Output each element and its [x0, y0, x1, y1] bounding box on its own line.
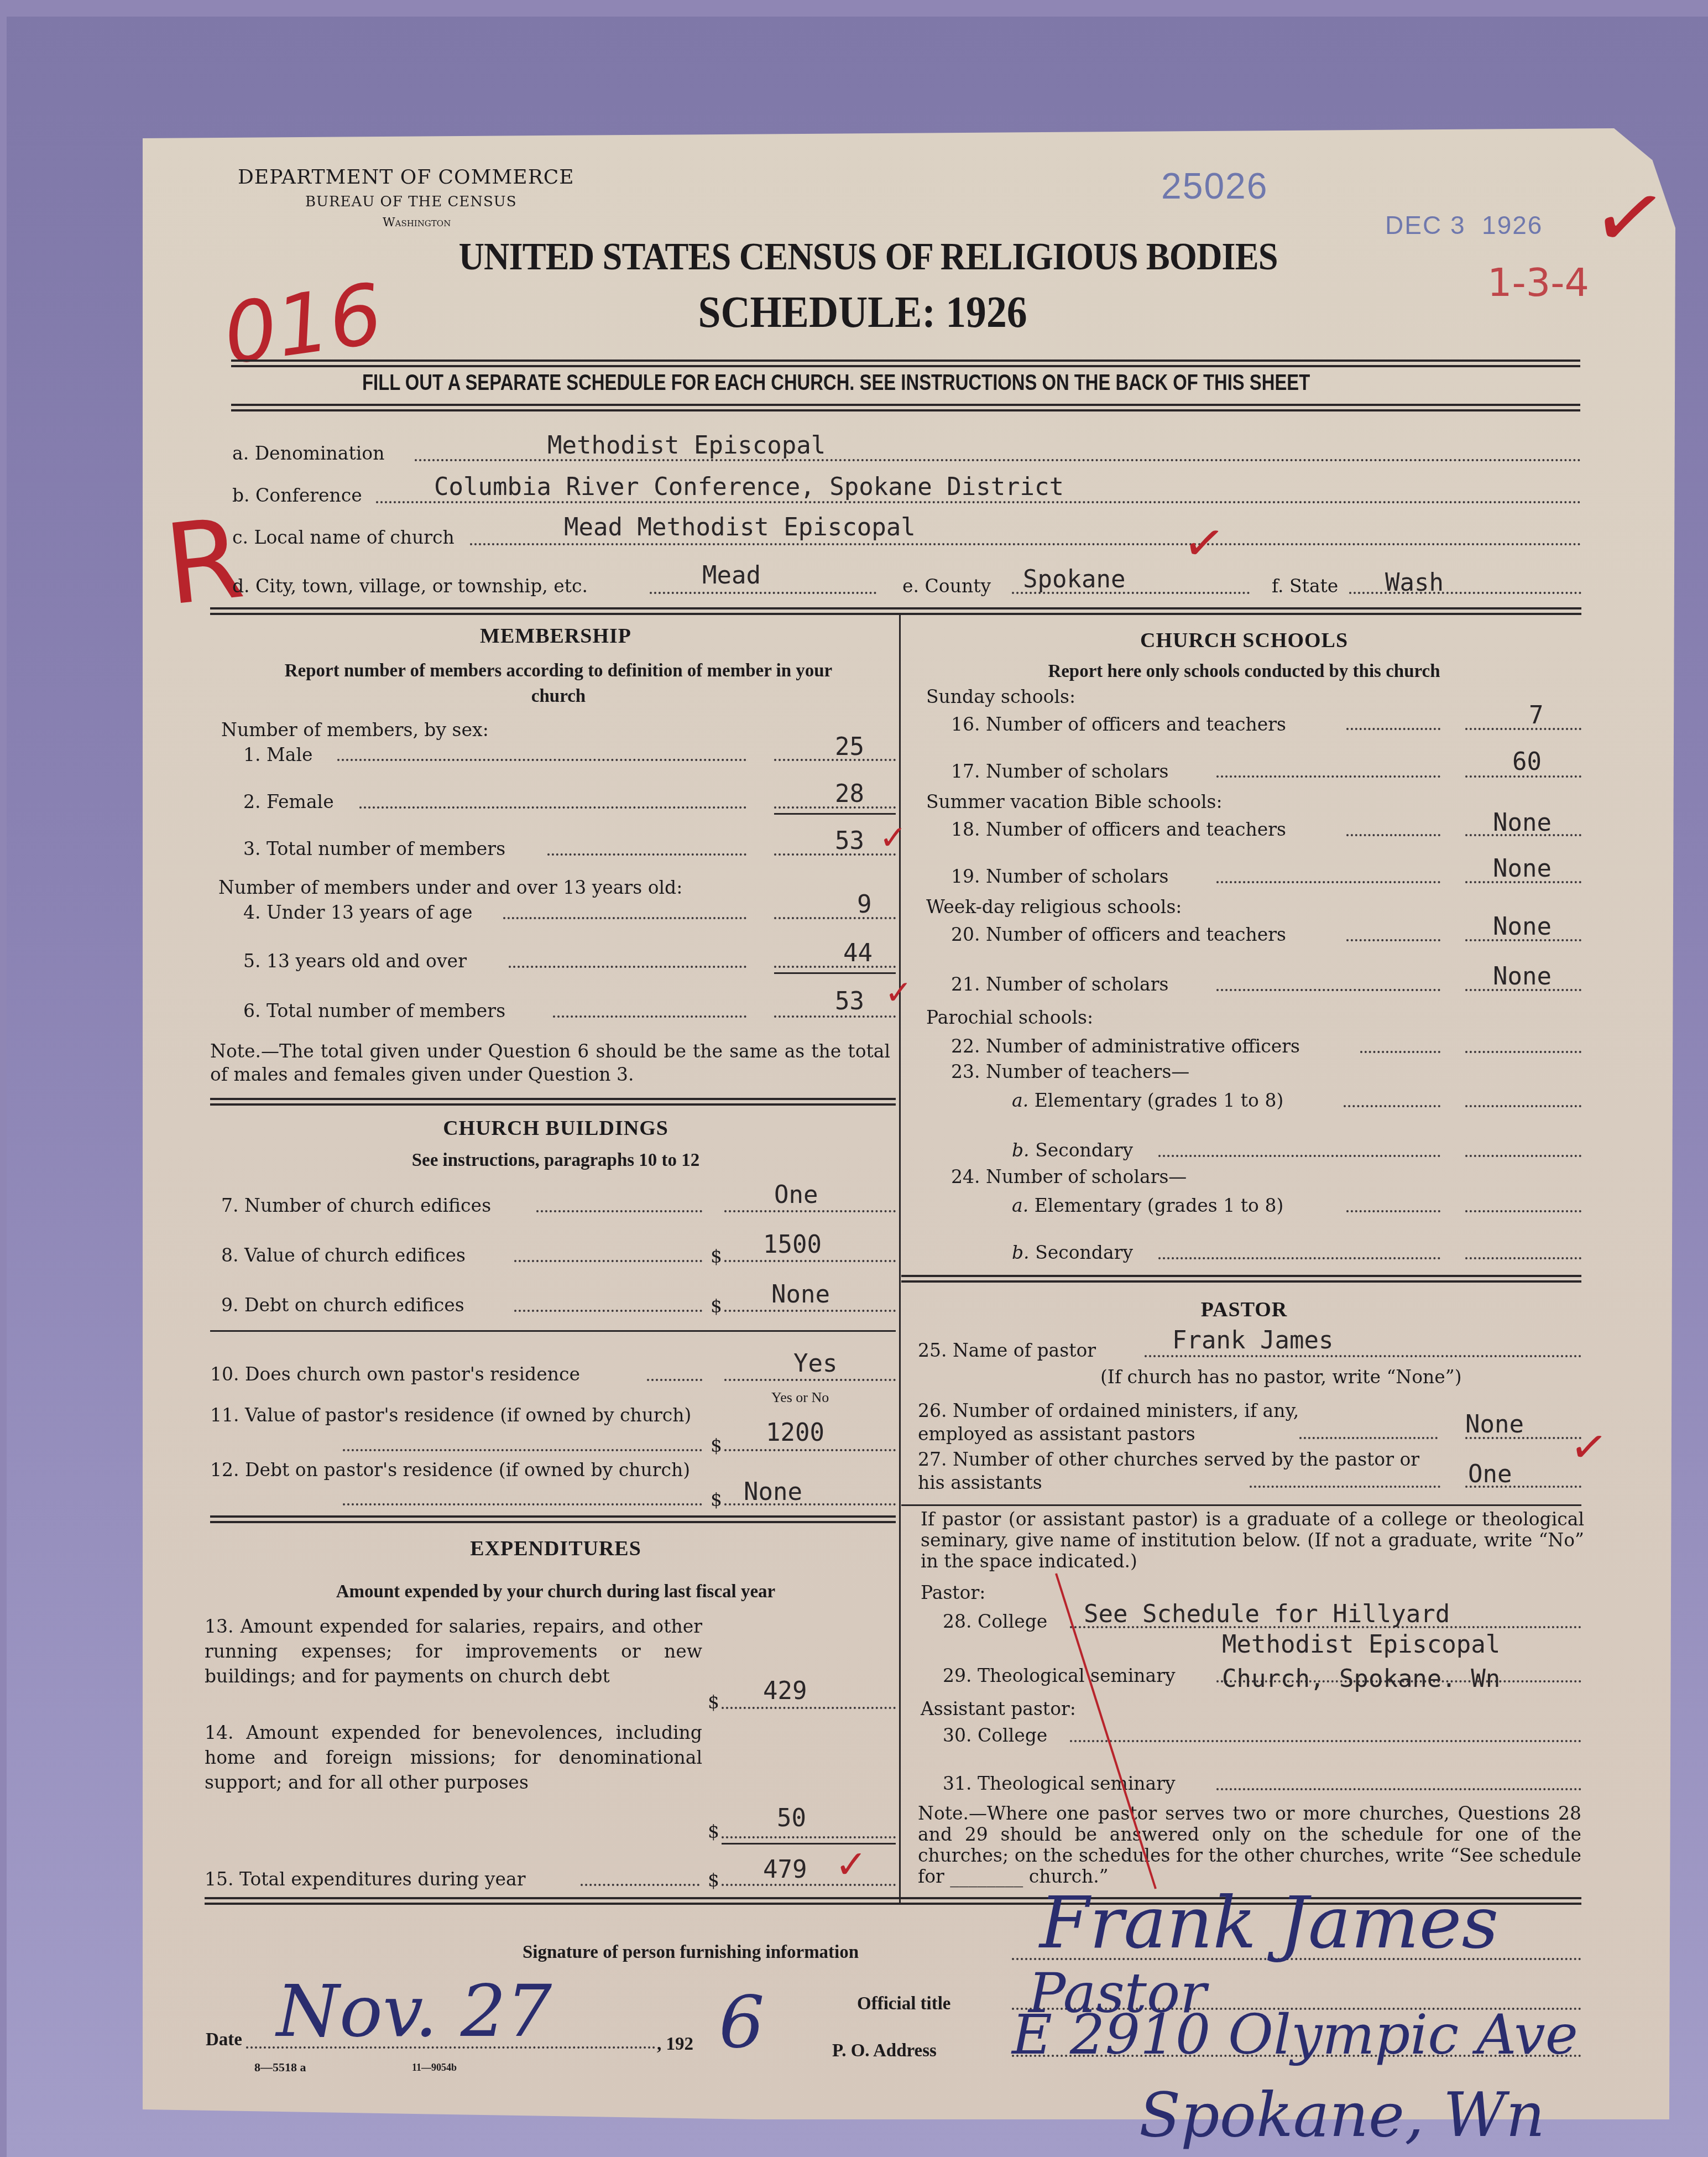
pastor-note: Note.—Where one pastor serves two or mor… [918, 1803, 1581, 1887]
item-number: 8. [221, 1244, 239, 1266]
local-name-line [470, 543, 1581, 545]
item-number: 19. [951, 866, 980, 887]
location-name: Washington [383, 216, 451, 230]
item-label: Does church own pastor's residence [245, 1363, 580, 1385]
benevolences-field[interactable]: 50 [777, 1804, 806, 1832]
sunday-schools-label: Sunday schools: [926, 686, 1075, 707]
leader-line [1344, 1105, 1440, 1107]
serial-number-stamp: 25026 [1161, 165, 1268, 207]
leader-line [359, 806, 746, 809]
item-label: Number of scholars [986, 760, 1168, 782]
leader-line [1299, 1437, 1438, 1439]
sum-rule [722, 1843, 896, 1845]
checkmark-icon: ✓ [879, 819, 907, 857]
weekday-schools-label: Week-day religious schools: [926, 896, 1182, 918]
address-field-line2[interactable]: Spokane, Wn [1139, 2080, 1545, 2150]
item-number: 4. [243, 902, 261, 923]
item-letter: a. [1012, 1090, 1028, 1111]
year-prefix: , 192 [657, 2034, 693, 2055]
expenditures-subheading: Amount expended by your church during la… [216, 1582, 896, 1602]
leader-line [1158, 1257, 1440, 1259]
item-number: 29. [943, 1665, 971, 1686]
item-number: 14. [205, 1722, 233, 1743]
schools-item-21: 21. Number of scholars [951, 973, 1168, 995]
checkmark-icon: ✓ [1567, 1419, 1611, 1475]
dollar-sign: $ [708, 1691, 719, 1713]
expenditures-item-13: 13. Amount expended for salaries, repair… [205, 1614, 702, 1689]
print-code: 11—9054b [412, 2062, 457, 2073]
buildings-item-12: 12. Debt on pastor's residence (if owned… [210, 1457, 697, 1483]
members-by-age-label: Number of members under and over 13 year… [218, 877, 682, 898]
local-name-label: c. Local name of church [232, 527, 455, 548]
parochial-schools-label: Parochial schools: [926, 1007, 1093, 1028]
membership-subheading: Report number of members according to de… [260, 658, 857, 709]
college-label: 28. College [943, 1611, 1047, 1632]
state-field[interactable]: Wash [1385, 569, 1444, 597]
leader-line [343, 1503, 702, 1505]
sum-rule [774, 972, 896, 974]
checkmark-icon: ✓ [835, 1842, 868, 1887]
running-expenses-field[interactable]: 429 [763, 1677, 807, 1705]
identification-rule [210, 607, 1581, 615]
item-number: 20. [951, 924, 980, 945]
answer-line [724, 1210, 896, 1212]
item-label: Number of scholars— [986, 1166, 1187, 1187]
dollar-sign: $ [711, 1435, 722, 1456]
bureau-name: BUREAU OF THE CENSUS [305, 194, 517, 210]
schools-item-23: 23. Number of teachers— [951, 1061, 1189, 1082]
expenditures-item-14: 14. Amount expended for benevolences, in… [205, 1720, 702, 1795]
schools-item-20: 20. Number of officers and teachers [951, 924, 1286, 945]
conference-line [376, 501, 1581, 503]
schools-item-24a: a. Elementary (grades 1 to 8) [1012, 1195, 1283, 1216]
membership-rule [210, 1098, 896, 1106]
item-number: 17. [951, 760, 980, 782]
item-label: College [978, 1611, 1047, 1632]
no-pastor-hint: (If church has no pastor, write “None”) [1100, 1366, 1462, 1388]
membership-note: Note.—The total given under Question 6 s… [210, 1040, 890, 1086]
leader-line [1346, 728, 1440, 730]
parochial-elementary-scholars-field [1465, 1210, 1581, 1212]
city-line [650, 592, 876, 594]
item-label: Number of administrative officers [986, 1035, 1300, 1057]
weekday-officers-field[interactable]: None [1493, 913, 1552, 941]
leader-line [1346, 1210, 1440, 1212]
red-pencil-strike-line [1051, 1571, 1161, 1892]
leader-line [553, 1015, 746, 1018]
item-number: 24. [951, 1166, 980, 1187]
item-label: Number of officers and teachers [986, 924, 1286, 945]
item-label: Secondary [1035, 1139, 1133, 1161]
answer-line [1145, 1355, 1581, 1357]
pastor-heading: PASTOR [907, 1298, 1581, 1322]
total-expenditures-field[interactable]: 479 [763, 1856, 807, 1884]
item-number: 31. [943, 1773, 971, 1794]
membership-item-5: 5. 13 years old and over [243, 950, 467, 972]
item-number: 5. [243, 950, 261, 972]
dollar-sign: $ [711, 1489, 722, 1510]
schools-item-22: 22. Number of administrative officers [951, 1035, 1300, 1057]
official-title-label: Official title [857, 1994, 951, 2014]
schools-item-23a: a. Elementary (grades 1 to 8) [1012, 1090, 1283, 1111]
membership-item-2: 2. Female [243, 791, 334, 812]
item-label: Number of church edifices [244, 1195, 491, 1216]
leader-line [514, 1260, 702, 1262]
item-number: 3. [243, 838, 261, 859]
item-label: Female [267, 791, 334, 812]
item-number: 6. [243, 1000, 261, 1022]
owns-residence-field[interactable]: Yes [793, 1350, 837, 1378]
buildings-divider [210, 1330, 896, 1332]
leader-line [1216, 989, 1440, 991]
item-number: 21. [951, 973, 980, 995]
fill-out-instruction: FILL OUT A SEPARATE SCHEDULE FOR EACH CH… [362, 371, 1310, 395]
leader-line [503, 917, 746, 919]
church-schools-rule [901, 1275, 1581, 1283]
answer-line [724, 1449, 896, 1451]
sunday-scholars-field[interactable]: 60 [1512, 748, 1542, 776]
leader-line [1346, 834, 1440, 836]
weekday-scholars-field[interactable]: None [1493, 962, 1552, 991]
item-label: Male [267, 744, 313, 765]
schools-item-24b: b. Secondary [1012, 1242, 1133, 1263]
answer-line [1465, 728, 1581, 730]
item-number: 13. [205, 1616, 233, 1637]
column-divider [899, 614, 901, 1903]
schools-item-17: 17. Number of scholars [951, 760, 1168, 782]
item-number: 18. [951, 819, 980, 840]
answer-line [774, 966, 896, 968]
pastor-name-field[interactable]: Frank James [1172, 1326, 1333, 1354]
residence-debt-field[interactable]: None [744, 1478, 802, 1506]
item-label: Debt on church edifices [244, 1294, 464, 1316]
year-field[interactable]: 6 [719, 1980, 765, 2064]
leader-line [337, 759, 746, 761]
total-members-field[interactable]: 53 [835, 827, 864, 855]
city-field[interactable]: Mead [702, 561, 761, 590]
church-schools-heading: CHURCH SCHOOLS [907, 628, 1581, 653]
pastor-name-label: 25. Name of pastor [918, 1340, 1096, 1361]
item-label: Total number of members [267, 838, 505, 859]
pastor-divider [901, 1504, 1581, 1506]
summer-officers-field[interactable]: None [1493, 809, 1552, 837]
checkmark-icon: ✓ [1179, 512, 1229, 575]
answer-line [722, 1707, 896, 1709]
item-label: Under 13 years of age [267, 902, 472, 923]
item-number: 1. [243, 744, 261, 765]
answer-line [774, 1015, 896, 1018]
expenditures-item-15: 15. Total expenditures during year [205, 1868, 525, 1890]
answer-line [724, 1260, 896, 1262]
membership-item-4: 4. Under 13 years of age [243, 902, 472, 923]
item-number: 10. [210, 1363, 239, 1385]
date-field[interactable]: Nov. 27 [276, 1969, 552, 2053]
buildings-item-10: 10. Does church own pastor's residence [210, 1363, 580, 1385]
church-edifices-count-field[interactable]: One [774, 1181, 818, 1209]
church-edifices-debt-field[interactable]: None [771, 1280, 830, 1309]
item-number: 16. [951, 713, 980, 735]
item-number: 25. [918, 1340, 947, 1361]
local-name-field[interactable]: Mead Methodist Episcopal [564, 513, 916, 541]
conference-field[interactable]: Columbia River Conference, Spokane Distr… [434, 473, 1064, 501]
instruction-rule [231, 404, 1580, 411]
dollar-sign: $ [708, 1821, 719, 1842]
asst-college-label: 30. College [943, 1724, 1047, 1746]
item-letter: b. [1012, 1242, 1030, 1263]
leader-line [1360, 1051, 1440, 1053]
parochial-secondary-teachers-field [1465, 1155, 1581, 1157]
county-label: e. County [902, 575, 991, 597]
asst-seminary-field [1216, 1788, 1581, 1790]
item-label: Amount expended for benevolences, includ… [205, 1722, 702, 1793]
total-members-by-age-field[interactable]: 53 [835, 987, 864, 1015]
leader-line [514, 1310, 702, 1312]
item-label: Value of pastor's residence (if owned by… [245, 1404, 692, 1426]
summer-schools-label: Summer vacation Bible schools: [926, 791, 1223, 812]
conference-label: b. Conference [232, 484, 362, 506]
schools-item-16: 16. Number of officers and teachers [951, 713, 1286, 735]
form-title: UNITED STATES CENSUS OF RELIGIOUS BODIES [375, 235, 1362, 279]
item-label: Name of pastor [953, 1340, 1096, 1361]
item-number: 11. [210, 1404, 239, 1426]
item-number: 22. [951, 1035, 980, 1057]
membership-item-6: 6. Total number of members [243, 1000, 505, 1022]
item-label: Number of ordained ministers, if any, em… [918, 1400, 1299, 1445]
item-label: Secondary [1035, 1242, 1133, 1263]
item-label: Total expenditures during year [239, 1868, 525, 1890]
female-members-field[interactable]: 28 [835, 780, 864, 808]
buildings-item-7: 7. Number of church edifices [221, 1195, 491, 1216]
buildings-item-11: 11. Value of pastor's residence (if owne… [210, 1403, 697, 1428]
item-label: Number of scholars [986, 973, 1168, 995]
church-schools-subheading: Report here only schools conducted by th… [907, 661, 1581, 682]
seminary-field-line1[interactable]: Methodist Episcopal [1222, 1630, 1500, 1659]
summer-scholars-field[interactable]: None [1493, 855, 1552, 883]
item-number: 15. [205, 1868, 233, 1890]
schools-item-24: 24. Number of scholars— [951, 1166, 1187, 1187]
form-subtitle: SCHEDULE: 1926 [578, 288, 1147, 338]
residence-value-field[interactable]: 1200 [766, 1419, 824, 1447]
denomination-field[interactable]: Methodist Episcopal [547, 431, 826, 460]
leader-line [1216, 775, 1440, 778]
expenditures-heading: EXPENDITURES [216, 1536, 896, 1561]
item-number: 7. [221, 1195, 239, 1216]
membership-item-1: 1. Male [243, 744, 313, 765]
members-by-sex-label: Number of members, by sex: [221, 719, 489, 741]
department-name: DEPARTMENT OF COMMERCE [238, 166, 574, 189]
received-date-stamp: DEC 3 1926 [1385, 210, 1543, 240]
under-13-field[interactable]: 9 [857, 890, 872, 919]
seminary-field-line2[interactable]: Church, Spokane. Wn [1222, 1665, 1500, 1693]
dollar-sign: $ [708, 1869, 719, 1891]
item-number: 23. [951, 1061, 980, 1082]
item-label: Number of scholars [986, 866, 1168, 887]
leader-line [1216, 881, 1440, 883]
item-label: Amount expended for salaries, repairs, a… [205, 1616, 702, 1687]
membership-heading: MEMBERSHIP [216, 624, 896, 648]
answer-line [774, 917, 896, 919]
parochial-secondary-scholars-field [1465, 1257, 1581, 1259]
sum-rule [774, 813, 896, 815]
item-number: 12. [210, 1459, 239, 1481]
yes-or-no-hint: Yes or No [771, 1389, 829, 1406]
church-edifices-value-field[interactable]: 1500 [763, 1231, 822, 1259]
item-number: 9. [221, 1294, 239, 1316]
item-label: Value of church edifices [244, 1244, 466, 1266]
assistant-pastors-field[interactable]: None [1465, 1410, 1524, 1439]
state-label: f. State [1272, 575, 1338, 597]
leader-line [1158, 1155, 1440, 1157]
schools-item-18: 18. Number of officers and teachers [951, 819, 1286, 840]
city-label: d. City, town, village, or township, etc… [232, 575, 588, 597]
item-label: Debt on pastor's residence (if owned by … [245, 1459, 690, 1481]
address-label: P. O. Address [832, 2041, 937, 2061]
leader-line [509, 966, 746, 968]
membership-item-3: 3. Total number of members [243, 838, 505, 859]
item-label: Elementary (grades 1 to 8) [1035, 1195, 1284, 1216]
leader-line [1346, 939, 1440, 941]
leader-line [536, 1210, 702, 1212]
buildings-rule [210, 1515, 896, 1523]
answer-line [724, 1310, 896, 1312]
form-number: 8—5518 a [254, 2060, 306, 2075]
checkmark-icon: ✓ [885, 973, 912, 1012]
item-number: 28. [943, 1611, 971, 1632]
parochial-officers-field [1465, 1051, 1581, 1053]
item-label: 13 years old and over [267, 950, 467, 972]
leader-line [343, 1449, 702, 1451]
answer-line [724, 1379, 896, 1381]
leader-line [647, 1379, 702, 1381]
item-label: Number of officers and teachers [986, 713, 1286, 735]
answer-line [722, 1884, 896, 1886]
graduate-instruction: If pastor (or assistant pastor) is a gra… [921, 1509, 1584, 1572]
leader-line [1250, 1486, 1440, 1488]
dollar-sign: $ [711, 1246, 722, 1267]
leader-line [547, 853, 746, 856]
schools-item-23b: b. Secondary [1012, 1139, 1133, 1161]
denomination-label: a. Denomination [232, 442, 384, 464]
church-buildings-subheading: See instructions, paragraphs 10 to 12 [216, 1150, 896, 1171]
item-label: College [978, 1724, 1047, 1746]
item-label: Number of officers and teachers [986, 819, 1286, 840]
male-members-field[interactable]: 25 [835, 733, 864, 761]
over-13-field[interactable]: 44 [843, 939, 873, 967]
answer-line [722, 1836, 896, 1838]
red-pencil-code: 1-3-4 [1487, 260, 1589, 305]
item-letter: b. [1012, 1139, 1030, 1161]
item-letter: a. [1012, 1195, 1028, 1216]
item-number: 2. [243, 791, 261, 812]
buildings-item-8: 8. Value of church edifices [221, 1244, 466, 1266]
item-label: Number of teachers— [986, 1061, 1189, 1082]
church-buildings-heading: CHURCH BUILDINGS [216, 1116, 896, 1140]
sunday-officers-field[interactable]: 7 [1529, 701, 1544, 730]
signature-field[interactable]: Frank James [1040, 1880, 1498, 1965]
schools-item-19: 19. Number of scholars [951, 866, 1168, 887]
item-number: 26. [918, 1400, 947, 1421]
item-label: Total number of members [267, 1000, 505, 1022]
date-label: Date [206, 2030, 242, 2050]
signature-label: Signature of person furnishing informati… [523, 1942, 859, 1963]
address-field-line1[interactable]: E 2910 Olympic Ave [1012, 2002, 1578, 2067]
item-label: Elementary (grades 1 to 8) [1035, 1090, 1284, 1111]
dollar-sign: $ [711, 1295, 722, 1317]
parochial-elementary-teachers-field [1465, 1105, 1581, 1107]
buildings-item-9: 9. Debt on church edifices [221, 1294, 464, 1316]
header-rule [231, 359, 1580, 367]
other-churches-field[interactable]: One [1468, 1460, 1512, 1488]
item-number: 27. [918, 1449, 947, 1470]
leader-line [581, 1884, 699, 1886]
state-line [1349, 592, 1581, 594]
item-number: 30. [943, 1724, 971, 1746]
pastor-subsection-label: Pastor: [921, 1582, 985, 1603]
county-field[interactable]: Spokane [1023, 565, 1125, 593]
